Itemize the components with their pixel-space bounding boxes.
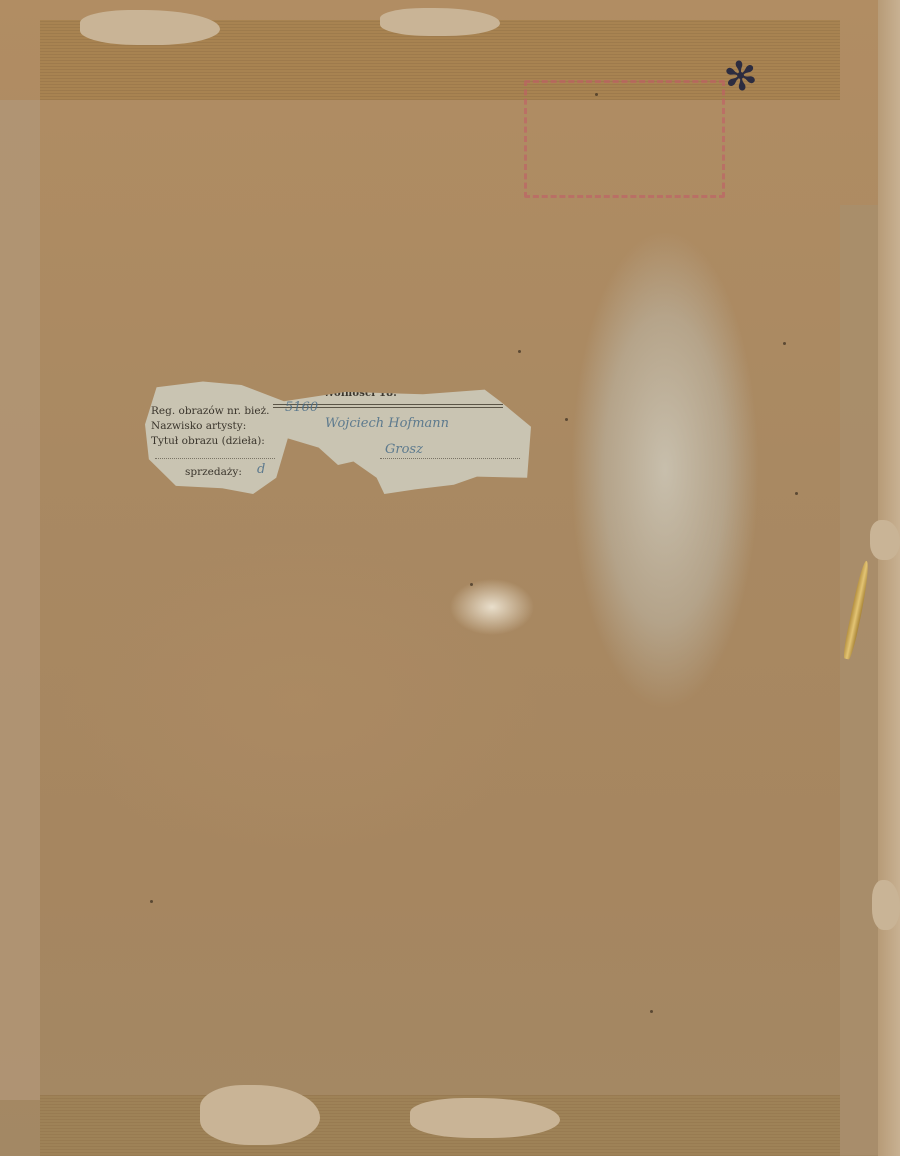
red-stamp-outline xyxy=(524,80,725,198)
ink-mark-icon: ✻ xyxy=(721,52,761,102)
dirt-speck xyxy=(150,900,153,903)
dirt-speck xyxy=(650,1010,653,1013)
dirt-speck xyxy=(518,350,521,353)
dirt-speck xyxy=(783,342,786,345)
label-value-sale: d xyxy=(257,462,265,477)
torn-paper-patch xyxy=(80,10,220,45)
dirt-speck xyxy=(470,583,473,586)
torn-paper-patch xyxy=(872,880,900,930)
dirt-speck xyxy=(795,492,798,495)
paper-tape-left xyxy=(0,100,40,1100)
torn-paper-patch xyxy=(410,1098,560,1138)
torn-paper-patch xyxy=(380,8,500,36)
label-dotted-line xyxy=(155,458,275,459)
board-edge-right xyxy=(878,0,900,1156)
dirt-speck xyxy=(595,93,598,96)
label-field-reg-no: Reg. obrazów nr. bież. xyxy=(151,405,269,417)
label-field-sale: sprzedaży: xyxy=(185,466,242,478)
label-dotted-line xyxy=(380,458,520,459)
torn-paper-patch xyxy=(870,520,900,560)
label-value-title: Grosz xyxy=(385,442,423,457)
label-field-title: Tytuł obrazu (dzieła): xyxy=(151,435,265,447)
cardboard-backing xyxy=(0,0,900,1156)
dirt-speck xyxy=(565,418,568,421)
label-field-artist: Nazwisko artysty: xyxy=(151,420,246,432)
label-value-artist: Wojciech Hofmann xyxy=(325,416,449,431)
label-value-reg-no: 5160 xyxy=(285,400,318,415)
